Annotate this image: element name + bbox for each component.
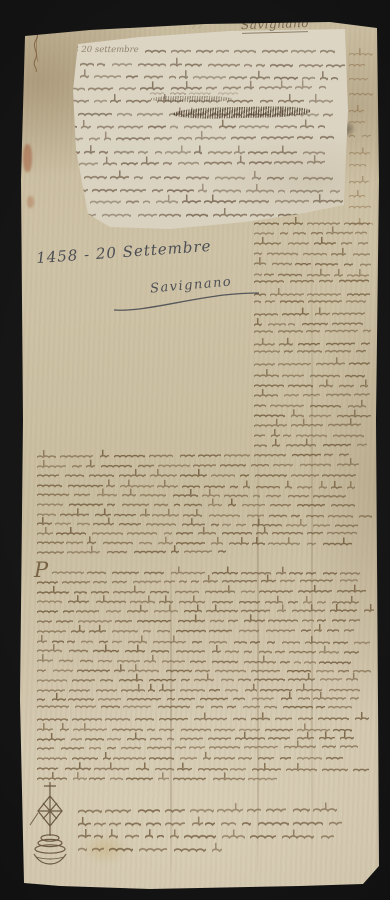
script-word (107, 501, 115, 507)
script-word (57, 120, 77, 130)
script-word (233, 110, 240, 117)
script-word (254, 369, 279, 378)
script-word (337, 458, 359, 467)
script-word (178, 614, 205, 623)
script-word (63, 608, 74, 614)
script-word (302, 74, 316, 81)
script-word (314, 210, 324, 217)
script-word (94, 762, 129, 771)
script-line (37, 692, 362, 702)
script-word (248, 148, 268, 155)
script-word (306, 328, 319, 334)
script-word (230, 765, 246, 771)
script-line (57, 194, 348, 205)
script-word (37, 450, 56, 459)
script-word (144, 569, 164, 575)
script-word (224, 492, 248, 498)
script-line (254, 438, 370, 447)
script-line (57, 69, 344, 81)
script-word (255, 472, 287, 478)
script-word (100, 450, 109, 459)
script-word (217, 803, 243, 813)
script-word (254, 277, 284, 283)
script-word (57, 160, 73, 167)
script-word (332, 319, 363, 325)
script-word (179, 452, 194, 458)
script-word (169, 73, 176, 80)
script-word (254, 338, 275, 347)
script-line (254, 369, 369, 378)
script-word (306, 569, 316, 575)
script-line (349, 119, 376, 124)
script-word (37, 527, 53, 536)
script-word (280, 658, 289, 664)
script-word (182, 482, 200, 488)
script-word (278, 328, 303, 334)
script-word (283, 217, 302, 226)
script-word (158, 537, 173, 546)
script-line (254, 387, 375, 397)
script-word (354, 390, 369, 396)
script-word (97, 696, 121, 702)
script-word (309, 412, 331, 418)
fold-crease (257, 420, 259, 885)
script-line (37, 584, 371, 594)
script-word (211, 703, 223, 709)
script-word (238, 675, 251, 681)
script-word (214, 754, 235, 760)
script-line (349, 147, 376, 155)
script-word (349, 76, 368, 81)
script-word (302, 320, 328, 326)
script-word (74, 491, 90, 497)
script-word (85, 210, 96, 217)
script-word (327, 626, 340, 632)
script-word (87, 569, 106, 575)
script-word (156, 195, 179, 205)
script-word (114, 510, 136, 516)
script-word (331, 481, 342, 490)
script-word (77, 520, 90, 526)
script-word (243, 704, 260, 710)
script-word (362, 133, 371, 138)
script-word (215, 667, 246, 673)
script-word (73, 723, 106, 732)
script-line (57, 107, 336, 117)
script-word (212, 566, 238, 575)
script-line: 1458 20 settembre (57, 44, 341, 54)
script-word (337, 409, 371, 418)
script-word (150, 588, 169, 594)
script-word (189, 97, 221, 104)
script-word (118, 84, 136, 91)
script-word (254, 388, 278, 397)
script-word (94, 819, 106, 826)
script-word (323, 569, 337, 575)
discoloration-stain (82, 834, 128, 864)
script-word (72, 755, 98, 761)
script-word (127, 605, 148, 614)
script-word (209, 744, 240, 750)
script-word (145, 47, 167, 54)
script-word (37, 472, 59, 478)
script-word (229, 73, 247, 80)
script-word (219, 119, 235, 129)
script-word (89, 625, 106, 634)
script-word (138, 147, 148, 154)
script-word (204, 195, 236, 205)
script-word (37, 745, 54, 751)
script-word (115, 617, 132, 623)
script-word (344, 649, 359, 655)
script-line (78, 829, 339, 839)
script-line (37, 498, 359, 507)
script-word (187, 107, 207, 117)
script-word (259, 648, 273, 654)
script-word (87, 537, 96, 546)
script-word (139, 845, 167, 852)
script-word (112, 725, 144, 731)
script-word (206, 605, 238, 614)
script-word (120, 479, 154, 488)
script-word (275, 648, 285, 654)
script-word (128, 664, 159, 673)
script-word (73, 772, 87, 781)
script-word (339, 451, 349, 457)
script-word (322, 472, 356, 478)
script-word (249, 158, 272, 165)
script-word (307, 540, 316, 546)
script-word (78, 817, 91, 827)
script-word (189, 744, 205, 750)
script-word (209, 627, 232, 633)
script-word (250, 832, 276, 839)
script-word (244, 60, 251, 67)
script-word (289, 648, 316, 654)
script-word (176, 529, 193, 535)
script-word (270, 60, 293, 67)
script-line (37, 772, 282, 781)
script-word (150, 469, 176, 478)
script-word (347, 481, 355, 490)
script-word (332, 309, 364, 315)
script-word (152, 186, 163, 193)
script-word (194, 712, 227, 721)
script-word (235, 731, 264, 740)
script-word (211, 521, 219, 527)
script-word (268, 617, 298, 623)
script-word (81, 637, 92, 643)
script-line (37, 703, 359, 710)
script-line (37, 683, 366, 692)
script-line (37, 595, 362, 604)
script-word (319, 646, 339, 655)
script-word (356, 348, 366, 354)
script-word (37, 765, 58, 771)
script-word (112, 627, 138, 633)
script-word (340, 743, 358, 749)
script-word (256, 526, 267, 535)
script-word (326, 61, 344, 68)
script-word (346, 298, 366, 304)
script-word (106, 479, 115, 488)
script-word (242, 818, 251, 825)
script-word (254, 411, 285, 417)
script-word (284, 348, 292, 354)
script-word (280, 577, 295, 583)
script-word (267, 638, 276, 644)
script-line (52, 566, 369, 575)
script-word (244, 648, 252, 654)
script-word (293, 229, 306, 235)
script-word (265, 726, 292, 732)
script-line (254, 288, 375, 297)
script-word (215, 173, 244, 180)
script-word (319, 277, 333, 283)
script-word (326, 340, 355, 346)
script-word (37, 598, 62, 604)
script-word (239, 598, 260, 604)
script-word (126, 774, 153, 780)
script-word (57, 195, 69, 205)
script-word (186, 210, 208, 217)
script-word (355, 712, 369, 721)
script-word (340, 576, 358, 582)
script-word (178, 695, 195, 701)
script-word (254, 318, 262, 327)
script-word (280, 754, 291, 760)
script-word (97, 59, 105, 66)
script-line (349, 204, 376, 209)
script-word (331, 74, 338, 81)
script-word (228, 617, 239, 623)
script-word (256, 483, 280, 489)
script-word (323, 538, 352, 547)
script-word (105, 806, 131, 813)
script-word (262, 47, 288, 54)
script-word (305, 636, 330, 645)
script-word (330, 186, 340, 193)
script-word (85, 735, 104, 741)
script-word (68, 482, 102, 488)
script-word (212, 598, 233, 604)
script-word (162, 658, 185, 664)
script-word (190, 658, 206, 664)
script-word (323, 441, 351, 447)
script-word (356, 441, 366, 447)
script-word (250, 210, 274, 217)
script-word (140, 492, 166, 498)
script-line (37, 448, 360, 458)
script-word (241, 569, 271, 575)
script-word (284, 741, 316, 750)
script-line (37, 508, 379, 518)
script-word (260, 97, 273, 104)
script-word (110, 774, 123, 780)
script-word (349, 162, 366, 167)
script-line (57, 145, 334, 155)
script-word (144, 72, 163, 79)
script-word (224, 451, 250, 457)
script-word (76, 607, 99, 613)
script-word (163, 159, 173, 166)
script-word (84, 145, 95, 155)
script-word (203, 752, 211, 761)
script-word (57, 147, 80, 154)
script-word (319, 133, 334, 140)
script-word (239, 122, 269, 129)
script-word (170, 81, 202, 91)
script-word (297, 501, 325, 507)
script-word (236, 521, 247, 527)
script-word (254, 250, 262, 256)
script-word (97, 122, 114, 129)
script-word (209, 638, 227, 644)
script-word (349, 204, 371, 209)
script-word (346, 672, 358, 681)
script-word (200, 695, 228, 701)
script-word (166, 667, 192, 673)
script-line (254, 418, 370, 427)
script-word (92, 185, 117, 192)
script-word (60, 508, 90, 517)
script-word (169, 107, 184, 117)
script-word (292, 451, 321, 457)
script-word (315, 261, 339, 267)
script-line (254, 217, 375, 226)
script-word (319, 731, 335, 740)
script-word (198, 183, 207, 193)
script-line (254, 357, 374, 367)
script-word (179, 70, 188, 80)
script-word (59, 657, 73, 663)
script-word (301, 626, 311, 632)
script-line (37, 574, 366, 585)
script-word (86, 459, 95, 468)
script-word (195, 667, 210, 673)
script-word (338, 667, 349, 673)
script-line (57, 155, 335, 167)
script-word (259, 587, 293, 593)
script-word (158, 461, 190, 467)
script-word (358, 239, 368, 245)
script-word (139, 539, 152, 545)
script-word (349, 133, 355, 138)
script-word (69, 501, 103, 507)
script-word (52, 693, 66, 702)
script-word (318, 122, 324, 129)
script-word (347, 290, 370, 296)
script-word (113, 755, 146, 761)
script-word (208, 60, 241, 67)
script-line (254, 317, 368, 327)
script-word (275, 197, 308, 204)
script-line (78, 842, 227, 852)
script-word (57, 72, 74, 79)
script-word (119, 673, 143, 682)
script-word (205, 819, 215, 826)
script-word (300, 119, 314, 129)
script-word (289, 174, 298, 181)
script-word (37, 644, 62, 653)
script-word (89, 774, 105, 780)
script-line (57, 183, 346, 194)
script-word (198, 451, 221, 457)
script-word (223, 83, 241, 90)
script-word (247, 110, 272, 117)
script-word (288, 320, 294, 326)
script-word (288, 240, 309, 246)
script-line (57, 208, 331, 218)
script-line (37, 664, 378, 673)
script-word (134, 548, 166, 554)
script-word (331, 501, 355, 507)
script-word (349, 190, 365, 198)
script-word (74, 588, 87, 594)
script-word (180, 754, 197, 760)
script-word (149, 452, 173, 458)
script-word (118, 122, 142, 129)
script-word (325, 348, 350, 354)
script-word (307, 290, 341, 296)
script-word (109, 844, 134, 851)
script-word (61, 578, 89, 584)
script-word (283, 704, 313, 710)
script-word (170, 829, 179, 839)
script-word (193, 73, 226, 80)
script-word (242, 501, 266, 507)
script-line (78, 802, 349, 813)
script-word (110, 94, 121, 104)
script-word (112, 59, 132, 66)
script-word (195, 131, 226, 141)
script-word (271, 429, 280, 438)
script-word (178, 159, 199, 166)
script-word (310, 371, 340, 377)
script-word (37, 539, 64, 545)
script-word (37, 732, 65, 741)
script-word (220, 461, 245, 467)
script-word (273, 460, 293, 466)
script-word (78, 829, 91, 839)
script-word (330, 604, 358, 613)
script-line (37, 479, 363, 490)
script-word (303, 596, 312, 605)
script-word (164, 529, 172, 535)
script-word (349, 147, 370, 155)
script-word (97, 489, 117, 498)
script-word (114, 147, 133, 154)
script-word (323, 110, 333, 117)
script-line (254, 327, 376, 334)
script-word (114, 664, 124, 673)
script-word (95, 508, 111, 517)
script-word (260, 686, 292, 692)
script-word (99, 147, 108, 154)
red-pigment-mark (23, 144, 32, 172)
script-word (119, 469, 146, 478)
script-word (239, 726, 260, 732)
script-word (130, 596, 156, 605)
script-word (295, 260, 311, 266)
script-word (272, 439, 280, 448)
script-word (92, 529, 123, 535)
script-word (344, 626, 354, 632)
script-word (324, 451, 333, 457)
script-word (252, 519, 282, 528)
script-word (254, 328, 273, 334)
script-word (234, 638, 247, 644)
